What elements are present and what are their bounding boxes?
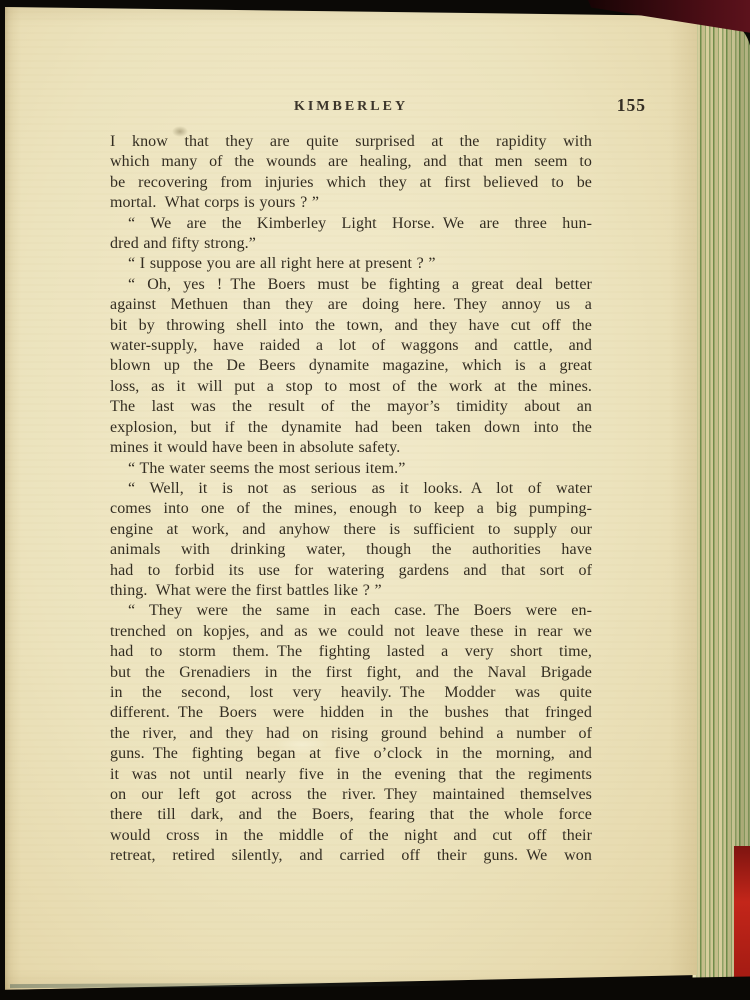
- text-line: different. The Boers were hidden in the …: [110, 703, 592, 723]
- text-line: dred and fifty strong.”: [110, 234, 592, 254]
- text-line: would cross in the middle of the night a…: [110, 826, 592, 846]
- text-line: which many of the wounds are healing, an…: [110, 152, 592, 172]
- text-line: in the second, lost very heavily. The Mo…: [110, 683, 592, 703]
- chapter-title: KIMBERLEY: [294, 99, 408, 114]
- book-scan: KIMBERLEY 155 I know that they are quite…: [0, 0, 750, 1000]
- text-line: trenched on kopjes, and as we could not …: [110, 622, 592, 642]
- text-line: had to forbid its use for watering garde…: [110, 561, 592, 581]
- text-line: but the Grenadiers in the first fight, a…: [110, 663, 592, 683]
- text-line: explosion, but if the dynamite had been …: [110, 418, 592, 438]
- book-page: KIMBERLEY 155 I know that they are quite…: [0, 0, 697, 1000]
- page-text: I know that they are quite surprised at …: [110, 132, 592, 867]
- text-line: I know that they are quite surprised at …: [110, 132, 592, 152]
- text-line: “ Oh, yes ! The Boers must be fighting a…: [110, 275, 592, 295]
- text-line: mines it would have been in absolute saf…: [110, 438, 592, 458]
- text-line: on our left got across the river. They m…: [110, 785, 592, 805]
- page-content: KIMBERLEY 155 I know that they are quite…: [110, 97, 592, 867]
- text-line: be recovering from injuries which they a…: [110, 173, 592, 193]
- page-number: 155: [617, 95, 646, 116]
- page-edges: [692, 12, 750, 978]
- text-line: had to storm them. The fighting lasted a…: [110, 642, 592, 662]
- text-line: water-supply, have raided a lot of waggo…: [110, 336, 592, 356]
- text-line: animals with drinking water, though the …: [110, 540, 592, 560]
- text-line: comes into one of the mines, enough to k…: [110, 499, 592, 519]
- text-line: “ The water seems the most serious item.…: [110, 459, 592, 479]
- text-line: blown up the De Beers dynamite magazine,…: [110, 356, 592, 376]
- text-line: “ They were the same in each case. The B…: [110, 601, 592, 621]
- text-line: there till dark, and the Boers, fearing …: [110, 805, 592, 825]
- text-line: guns. The fighting began at five o’clock…: [110, 744, 592, 764]
- text-line: “ Well, it is not as serious as it looks…: [110, 479, 592, 499]
- text-line: mortal. What corps is yours ? ”: [110, 193, 592, 213]
- text-line: the river, and they had on rising ground…: [110, 724, 592, 744]
- text-line: retreat, retired silently, and carried o…: [110, 846, 592, 866]
- text-line: against Methuen than they are doing here…: [110, 295, 592, 315]
- text-line: it was not until nearly five in the even…: [110, 765, 592, 785]
- text-line: The last was the result of the mayor’s t…: [110, 397, 592, 417]
- running-header: KIMBERLEY 155: [110, 97, 592, 119]
- text-line: engine at work, and anyhow there is suff…: [110, 520, 592, 540]
- text-line: “ I suppose you are all right here at pr…: [110, 254, 592, 274]
- text-line: loss, as it will put a stop to most of t…: [110, 377, 592, 397]
- text-line: thing. What were the first battles like …: [110, 581, 592, 601]
- book-cover-red-edge: [734, 846, 750, 986]
- text-line: bit by throwing shell into the town, and…: [110, 316, 592, 336]
- text-line: “ We are the Kimberley Light Horse. We a…: [110, 214, 592, 234]
